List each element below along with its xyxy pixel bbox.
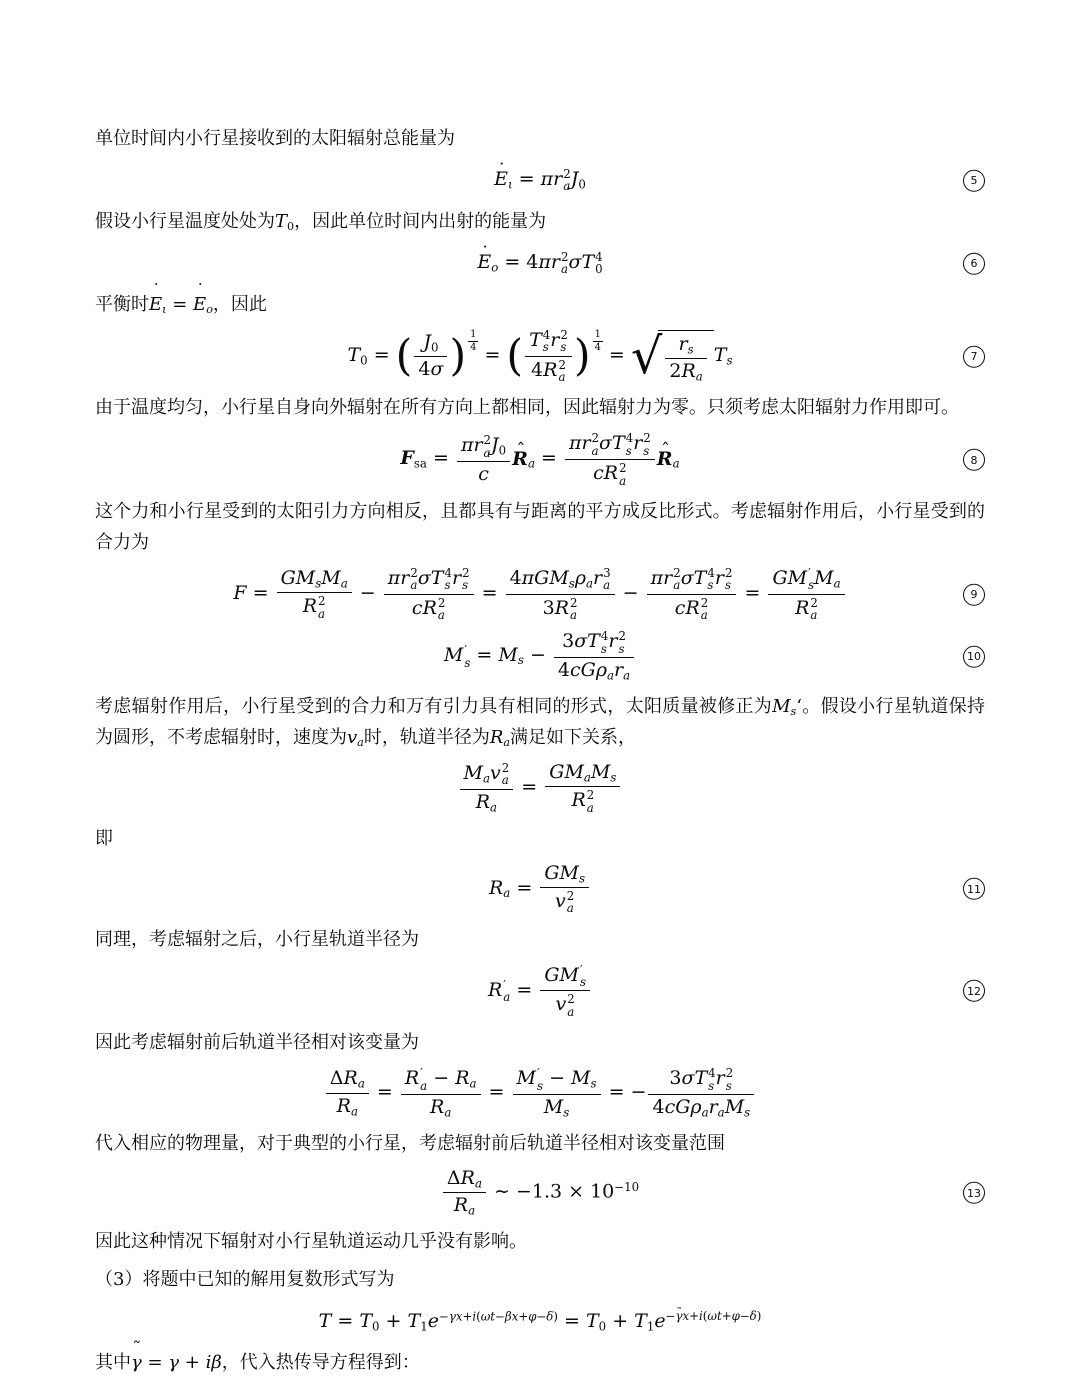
para-total-absorbed-energy: 单位时间内小行星接收到的太阳辐射总能量为 (95, 123, 985, 154)
equation-number: 10 (963, 645, 985, 667)
para-conclusion: 因此这种情况下辐射对小行星轨道运动几乎没有影响。 (95, 1226, 985, 1257)
eq-absorbed-power-formula: Eι = πr2aJ0 (494, 168, 586, 193)
equation-number-badge: 6 (963, 252, 985, 275)
equation-number-badge: 13 (963, 1181, 985, 1204)
document-page: 单位时间内小行星接收到的太阳辐射总能量为Eι = πr2aJ05假设小行星温度处… (0, 0, 1080, 1398)
eq-orbit-radius-radiation-formula: R′a = GM′sv2a (488, 964, 592, 1018)
eq-equilibrium-temperature-formula: T0 = (J04σ)14 = (T4sr2s4R2a)14 = √rs2RaT… (347, 329, 732, 383)
equation-number: 13 (963, 1182, 985, 1204)
equation-number: 7 (963, 345, 985, 367)
eq-circular-orbit-balance-formula: Mav2aRa = GMaMsR2a (458, 762, 623, 814)
eq-orbit-radius-formula: Ra = GMsv2a (489, 863, 591, 915)
equation-number-badge: 10 (963, 645, 985, 668)
eq-relative-change: ΔRaRa = R′a − RaRa = M′s − MsMs = −3σT4s… (95, 1067, 985, 1119)
eq-net-force-formula: F = GMsMaR2a − πr2aσT4sr2scR2a = 4πGMsρa… (233, 567, 846, 621)
eq-orbit-radius: Ra = GMsv2a11 (95, 863, 985, 915)
para-assume-temperature: 假设小行星温度处处为T0，因此单位时间内出射的能量为 (95, 206, 985, 237)
equation-number: 6 (963, 252, 985, 274)
equation-number-badge: 5 (963, 169, 985, 192)
eq-solar-radiation-force-formula: Fsa = πr2aJ0cRa = πr2aσT4sr2scR2aRa (400, 432, 679, 486)
equation-number-badge: 11 (963, 878, 985, 901)
eq-solar-radiation-force: Fsa = πr2aJ0cRa = πr2aσT4sr2scR2aRa8 (95, 432, 985, 486)
eq-relative-change-value-formula: ΔRaRa ∼ −1.3 × 10−10 (441, 1168, 639, 1217)
equation-number: 5 (963, 169, 985, 191)
equation-number: 8 (963, 449, 985, 471)
eq-relative-change-formula: ΔRaRa = R′a − RaRa = M′s − MsMs = −3σT4s… (324, 1067, 756, 1119)
eq-complex-solution-formula: T = T0 + T1e−γx+i(ωt−βx+φ−δ) = T0 + T1e−… (319, 1310, 762, 1333)
equation-number-badge: 12 (963, 980, 985, 1003)
para-relative-change-intro: 因此考虑辐射前后轨道半径相对该变量为 (95, 1027, 985, 1058)
equation-number: 11 (963, 878, 985, 900)
para-balance: 平衡时Eι = Eo，因此 (95, 289, 985, 320)
eq-absorbed-power: Eι = πr2aJ05 (95, 163, 985, 197)
eq-equilibrium-temperature: T0 = (J04σ)14 = (T4sr2s4R2a)14 = √rs2RaT… (95, 329, 985, 383)
para-namely: 即 (95, 823, 985, 854)
equation-number-badge: 9 (963, 583, 985, 606)
para-with-radiation: 同理，考虑辐射之后，小行星轨道半径为 (95, 924, 985, 955)
eq-emitted-power: Eo = 4πr2aσT406 (95, 246, 985, 280)
para-gamma-definition: 其中γ = γ + iβ，代入热传导方程得到： (95, 1347, 985, 1378)
eq-emitted-power-formula: Eo = 4πr2aσT40 (477, 251, 602, 276)
para-modified-mass-note: 考虑辐射作用后，小行星受到的合力和万有引力具有相同的形式，太阳质量被修正为Ms‘… (95, 691, 985, 753)
equation-number-badge: 7 (963, 345, 985, 368)
eq-modified-solar-mass-formula: M′s = Ms − 3σT4sr2s4cGρara (444, 630, 636, 682)
para-net-force-intro: 这个力和小行星受到的太阳引力方向相反，且都具有与距离的平方成反比形式。考虑辐射作… (95, 496, 985, 558)
eq-complex-solution: T = T0 + T1e−γx+i(ωt−βx+φ−δ) = T0 + T1e−… (95, 1304, 985, 1338)
equation-number: 12 (963, 980, 985, 1002)
eq-orbit-radius-radiation: R′a = GM′sv2a12 (95, 964, 985, 1018)
para-part3-intro: （3）将题中已知的解用复数形式写为 (95, 1264, 985, 1295)
eq-relative-change-value: ΔRaRa ∼ −1.3 × 10−1013 (95, 1168, 985, 1217)
equation-number-badge: 8 (963, 448, 985, 471)
para-radiation-force-note: 由于温度均匀，小行星自身向外辐射在所有方向上都相同，因此辐射力为零。只须考虑太阳… (95, 392, 985, 423)
eq-net-force: F = GMsMaR2a − πr2aσT4sr2scR2a = 4πGMsρa… (95, 567, 985, 621)
para-typical-asteroid: 代入相应的物理量，对于典型的小行星，考虑辐射前后轨道半径相对该变量范围 (95, 1128, 985, 1159)
eq-modified-solar-mass: M′s = Ms − 3σT4sr2s4cGρara10 (95, 630, 985, 682)
eq-circular-orbit-balance: Mav2aRa = GMaMsR2a (95, 762, 985, 814)
equation-number: 9 (963, 583, 985, 605)
